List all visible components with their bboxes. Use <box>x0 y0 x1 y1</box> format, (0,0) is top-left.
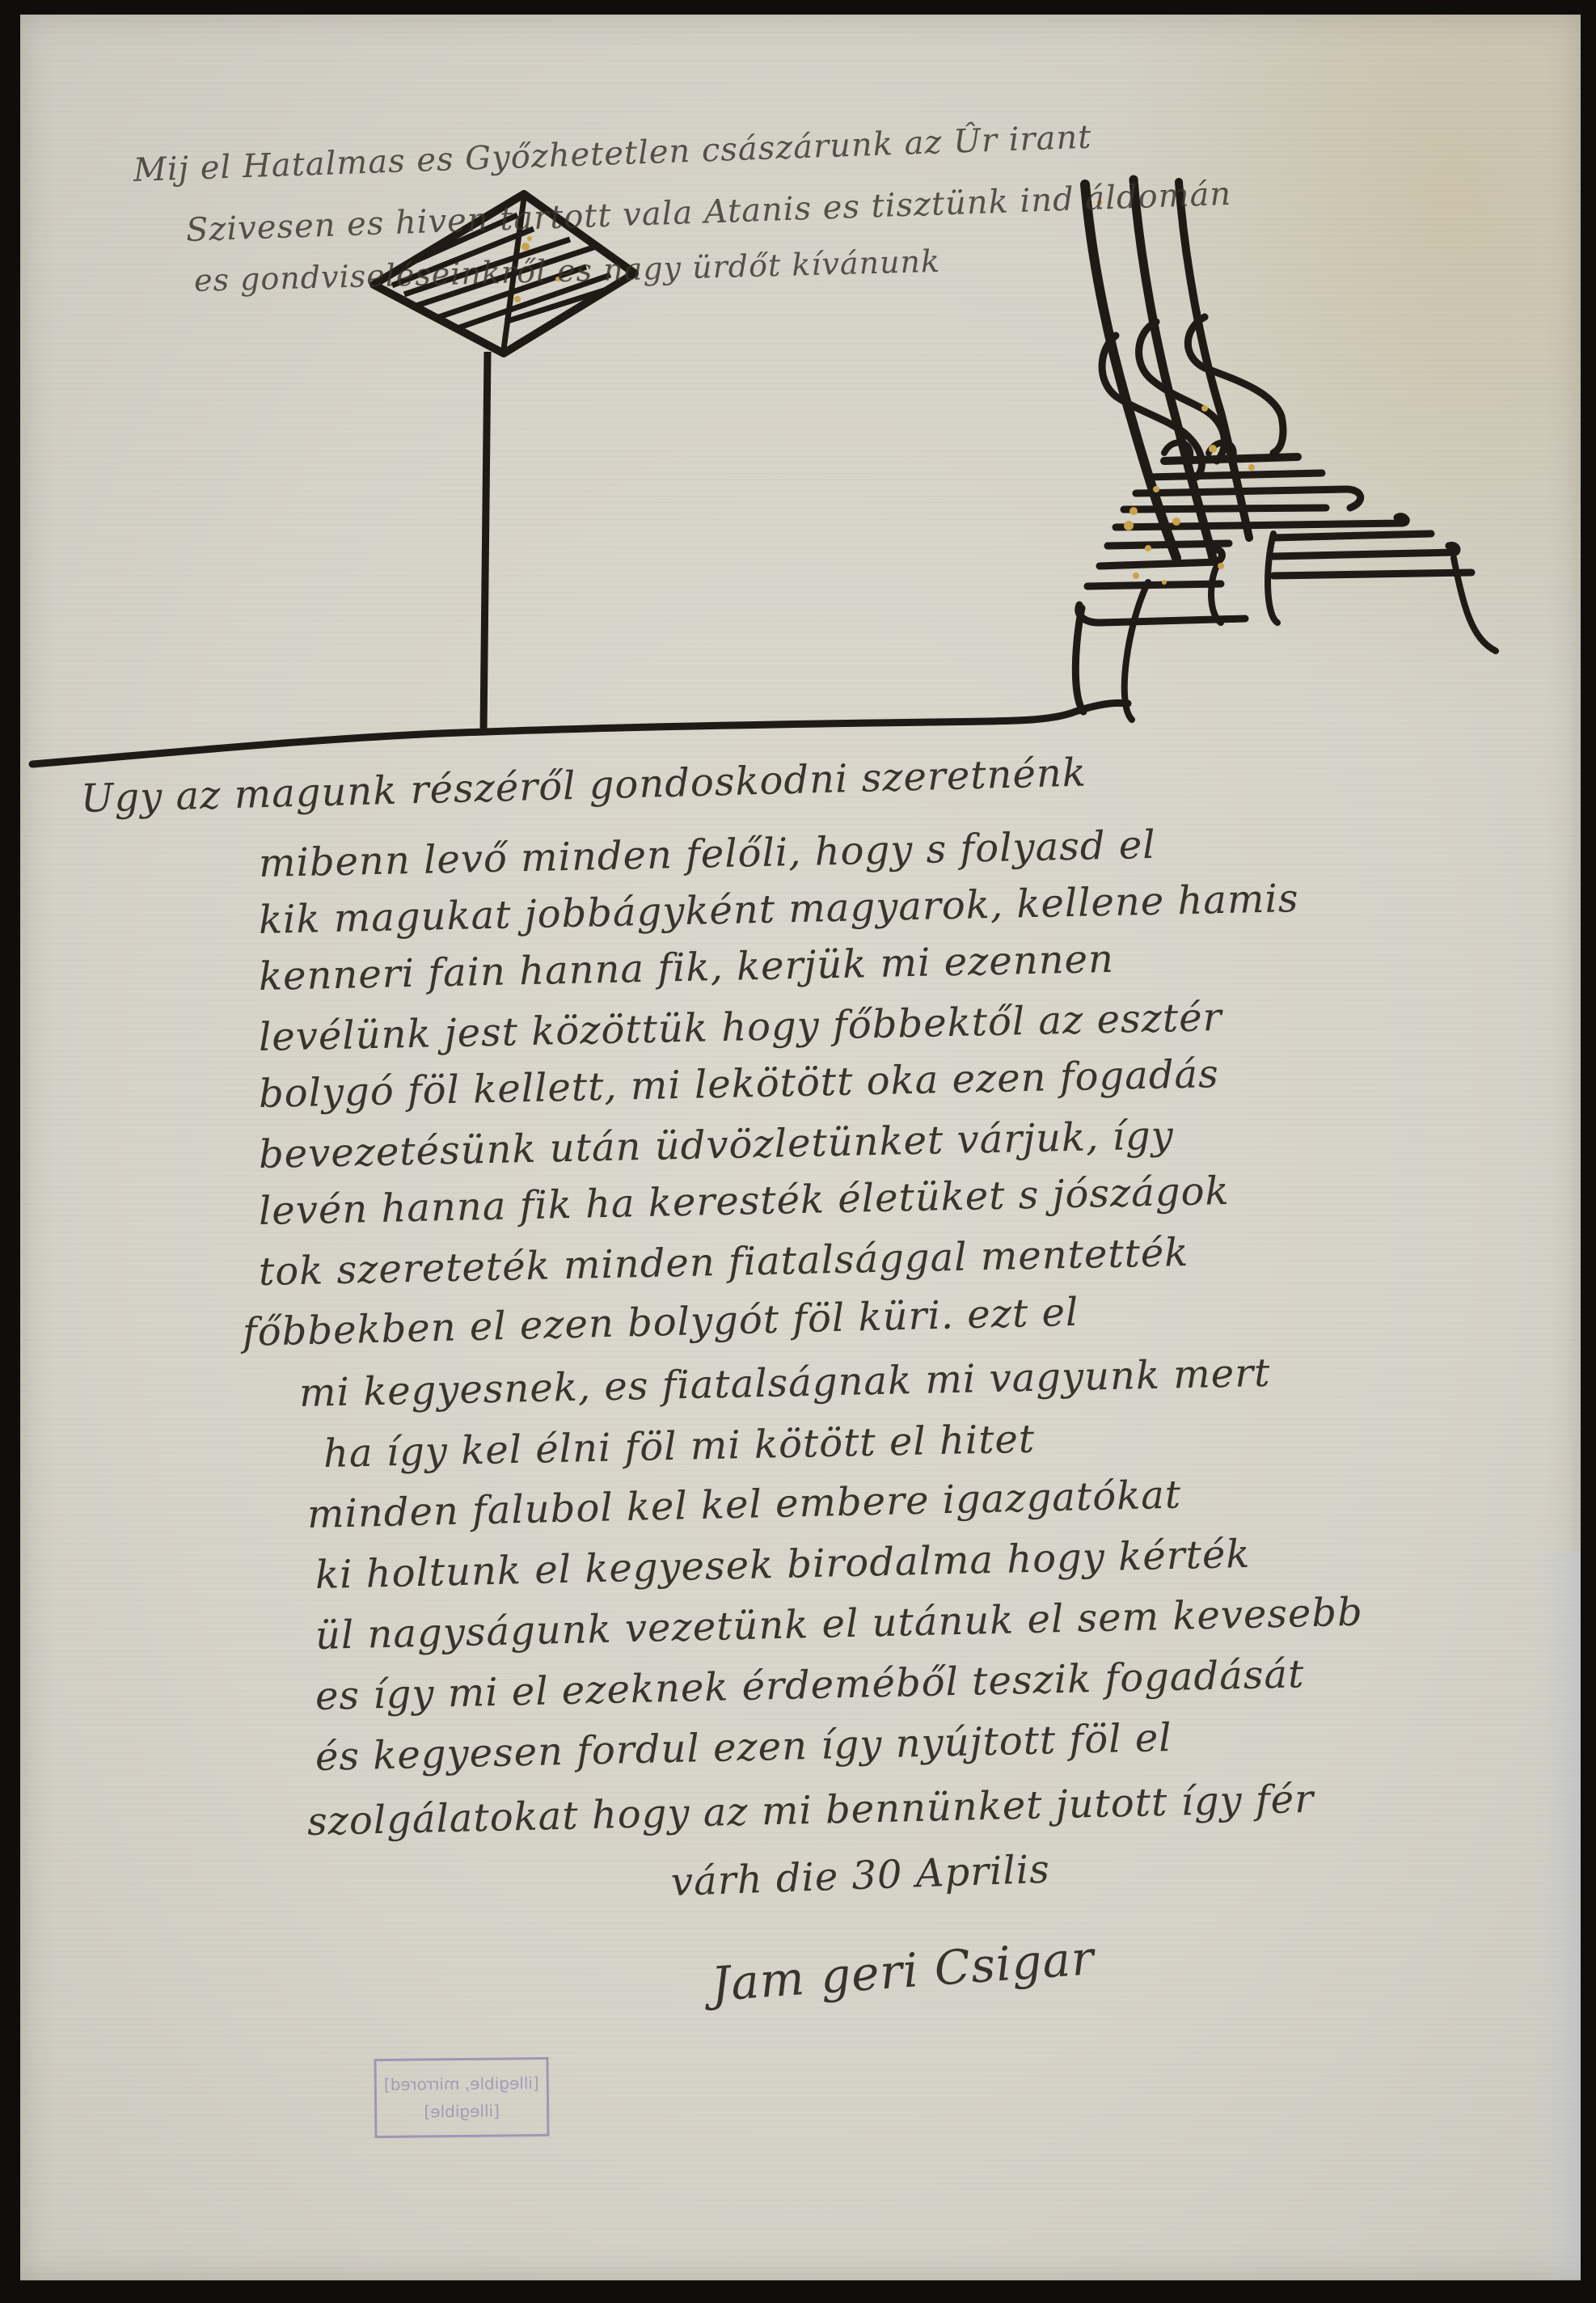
archive-stamp-line-2: [illegible] <box>424 2102 500 2122</box>
archive-stamp: [illegible, mirrored] [illegible] <box>374 2057 549 2138</box>
archive-stamp-line-1: [illegible, mirrored] <box>384 2073 539 2094</box>
tughra-monogram-icon <box>1075 180 1496 720</box>
